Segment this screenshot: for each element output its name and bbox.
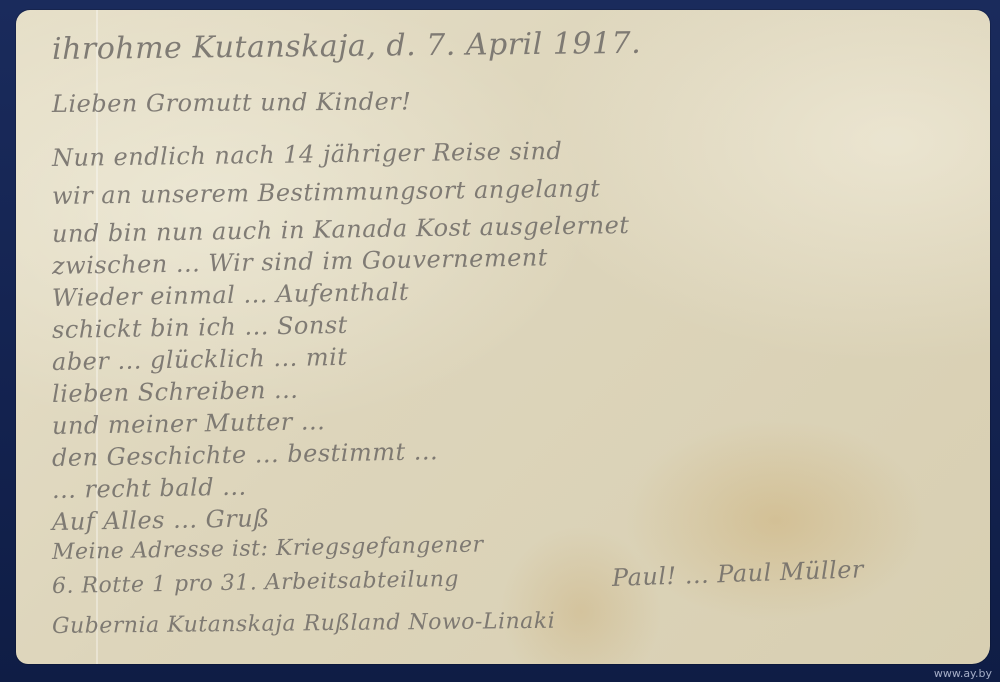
text-line: aber ... glücklich ... mit [52, 343, 348, 376]
signature: Paul! ... Paul Müller [612, 555, 865, 592]
address-line: Gubernia Kutanskaja Rußland Nowo-Linaki [52, 609, 555, 639]
text-line: Wieder einmal ... Aufenthalt [52, 278, 410, 312]
postcard: ihrohme Kutanskaja, d. 7. April 1917. Li… [16, 10, 990, 664]
greeting-line: Lieben Gromutt und Kinder! [52, 87, 412, 118]
text-line: schickt bin ich ... Sonst [52, 311, 348, 344]
text-line: und meiner Mutter ... [52, 407, 326, 440]
text-line: Nun endlich nach 14 jähriger Reise sind [52, 137, 563, 172]
text-line: Auf Alles ... Gruß [52, 504, 270, 536]
text-line: lieben Schreiben ... [52, 376, 299, 408]
address-line: 6. Rotte 1 pro 31. Arbeitsabteilung [52, 567, 459, 599]
address-line: Meine Adresse ist: Kriegsgefangener [52, 532, 484, 565]
header-line: ihrohme Kutanskaja, d. 7. April 1917. [52, 26, 642, 67]
text-line: den Geschichte ... bestimmt ... [52, 437, 439, 472]
text-line: wir an unserem Bestimmungsort angelangt [52, 174, 601, 210]
text-line: ... recht bald ... [52, 473, 247, 504]
text-line: zwischen ... Wir sind im Gouvernement [52, 243, 548, 280]
watermark: www.ay.by [934, 667, 992, 680]
